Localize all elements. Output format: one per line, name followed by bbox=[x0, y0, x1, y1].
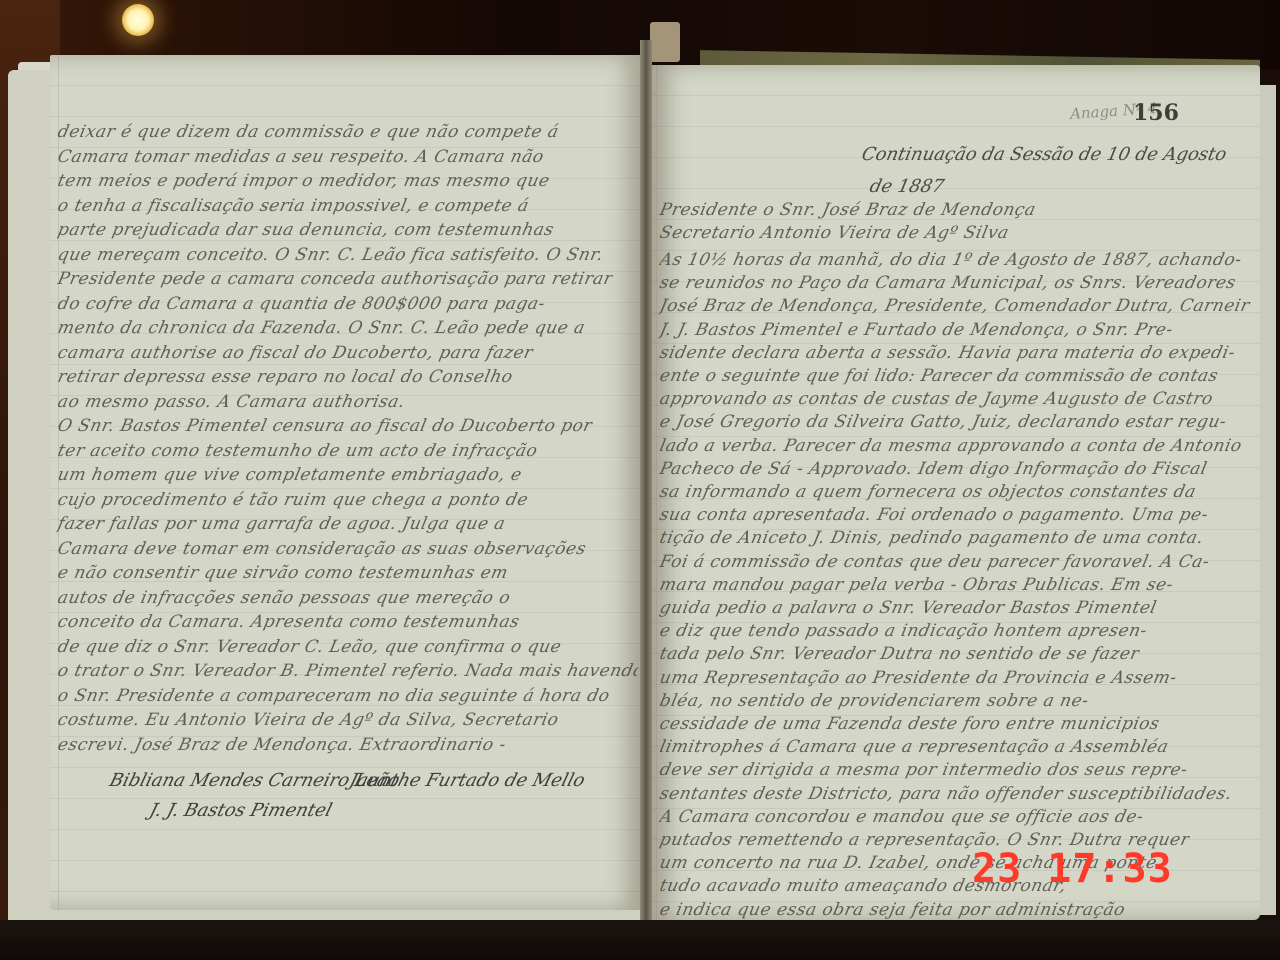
signature: J. J. Bastos Pimentel bbox=[147, 800, 334, 821]
manuscript-line: autos de infracções senão pessoas que me… bbox=[56, 588, 512, 608]
manuscript-line: deixar é que dizem da commissão e que nã… bbox=[56, 122, 561, 142]
manuscript-line: Secretario Antonio Vieira de Agº Silva bbox=[658, 223, 1011, 243]
manuscript-line: bléa, no sentido de providenciarem sobre… bbox=[658, 691, 1091, 711]
manuscript-line: deve ser dirigida a mesma por intermedio… bbox=[658, 760, 1190, 780]
binding-fragment bbox=[650, 22, 680, 62]
dark-table-surface bbox=[0, 920, 1280, 960]
manuscript-line: tem meios e poderá impor o medidor, mas … bbox=[56, 171, 552, 191]
manuscript-line: limitrophes á Camara que a representação… bbox=[658, 737, 1171, 757]
camera-date-stamp: 23 17:33 bbox=[972, 846, 1173, 892]
manuscript-line: Presidente pede a camara conceda authori… bbox=[56, 269, 615, 289]
manuscript-line: de que diz o Snr. Vereador C. Leão, que … bbox=[56, 637, 563, 657]
manuscript-line: José Braz de Mendonça, Presidente, Comen… bbox=[658, 296, 1252, 316]
manuscript-line: sa informando a quem fornecera os object… bbox=[658, 482, 1198, 502]
manuscript-line: retirar depressa esse reparo no local do… bbox=[56, 367, 515, 387]
margin-line bbox=[656, 65, 657, 920]
manuscript-line: e diz que tendo passado a indicação hont… bbox=[658, 621, 1149, 641]
manuscript-line: As 10½ horas da manhã, do dia 1º de Agos… bbox=[658, 250, 1244, 270]
manuscript-line: ente o seguinte que foi lido: Parecer da… bbox=[658, 366, 1220, 386]
manuscript-line: e não consentir que sirvão como testemun… bbox=[56, 563, 510, 583]
manuscript-line: costume. Eu Antonio Vieira de Agº da Sil… bbox=[56, 710, 561, 730]
manuscript-line: approvando as contas de custas de Jayme … bbox=[658, 389, 1215, 409]
manuscript-line: Camara deve tomar em consideração as sua… bbox=[56, 539, 588, 559]
manuscript-line: o tenha a fiscalisação seria impossivel,… bbox=[56, 196, 531, 216]
manuscript-line: O Snr. Bastos Pimentel censura ao fiscal… bbox=[56, 416, 594, 436]
manuscript-line: fazer fallas por uma garrafa de agoa. Ju… bbox=[56, 514, 507, 534]
manuscript-line: sentantes deste Districto, para não offe… bbox=[658, 784, 1234, 804]
manuscript-line: o Snr. Presidente a compareceram no dia … bbox=[56, 686, 612, 706]
manuscript-line: cujo procedimento é tão ruim que chega a… bbox=[56, 490, 530, 510]
manuscript-line: mento da chronica da Fazenda. O Snr. C. … bbox=[56, 318, 587, 338]
manuscript-line: um homem que vive completamente embriaga… bbox=[56, 465, 524, 485]
manuscript-line: lado a verba. Parecer da mesma approvand… bbox=[658, 436, 1244, 456]
manuscript-line: escrevi. José Braz de Mendonça. Extraord… bbox=[56, 735, 508, 755]
manuscript-line: Presidente o Snr. José Braz de Mendonça bbox=[658, 200, 1038, 220]
manuscript-line: Foi á commissão de contas que deu parece… bbox=[658, 552, 1211, 572]
manuscript-line: parte prejudicada dar sua denuncia, com … bbox=[56, 220, 556, 240]
manuscript-line: guida pedio a palavra o Snr. Vereador Ba… bbox=[658, 598, 1159, 618]
manuscript-line: conceito da Camara. Apresenta como teste… bbox=[56, 612, 522, 632]
manuscript-line: e José Gregorio da Silveira Gatto, Juiz,… bbox=[658, 412, 1228, 432]
manuscript-line: que mereçam conceito. O Snr. C. Leão fic… bbox=[56, 245, 605, 265]
session-heading: Continuação da Sessão de 10 de Agosto bbox=[860, 144, 1229, 165]
manuscript-line: J. J. Bastos Pimentel e Furtado de Mendo… bbox=[658, 320, 1175, 340]
lamp-light bbox=[122, 4, 154, 36]
manuscript-line: o trator o Snr. Vereador B. Pimentel ref… bbox=[56, 661, 640, 681]
manuscript-line: ao mesmo passo. A Camara authorisa. bbox=[56, 392, 407, 412]
manuscript-line: A Camara concordou e mandou que se offic… bbox=[658, 807, 1146, 827]
manuscript-line: do cofre da Camara a quantia de 800$000 … bbox=[56, 294, 547, 314]
manuscript-line: sidente declara aberta a sessão. Havia p… bbox=[658, 343, 1237, 363]
manuscript-line: Pacheco de Sá - Approvado. Idem digo Inf… bbox=[658, 459, 1209, 479]
manuscript-line: tada pelo Snr. Vereador Dutra no sentido… bbox=[658, 644, 1141, 664]
manuscript-line: se reunidos no Paço da Camara Municipal,… bbox=[658, 273, 1238, 293]
manuscript-line: mara mandou pagar pela verba - Obras Pub… bbox=[658, 575, 1175, 595]
signature: Jaunthe Furtado de Mello bbox=[347, 770, 587, 791]
manuscript-line: camara authorise ao fiscal do Ducoberto,… bbox=[56, 343, 535, 363]
manuscript-line: e indica que essa obra seja feita por ad… bbox=[658, 900, 1127, 920]
manuscript-line: cessidade de uma Fazenda deste foro entr… bbox=[658, 714, 1162, 734]
page-number: 156 bbox=[1133, 100, 1179, 126]
manuscript-line: uma Representação ao Presidente da Provi… bbox=[658, 668, 1179, 688]
manuscript-line: Camara tomar medidas a seu respeito. A C… bbox=[56, 147, 546, 167]
manuscript-line: ter aceito como testemunho de um acto de… bbox=[56, 441, 540, 461]
manuscript-line: tição de Aniceto J. Dinis, pedindo pagam… bbox=[658, 528, 1206, 548]
manuscript-line: sua conta apresentada. Foi ordenado o pa… bbox=[658, 505, 1210, 525]
session-heading-year: de 1887 bbox=[868, 176, 946, 197]
book-gutter bbox=[640, 40, 652, 920]
